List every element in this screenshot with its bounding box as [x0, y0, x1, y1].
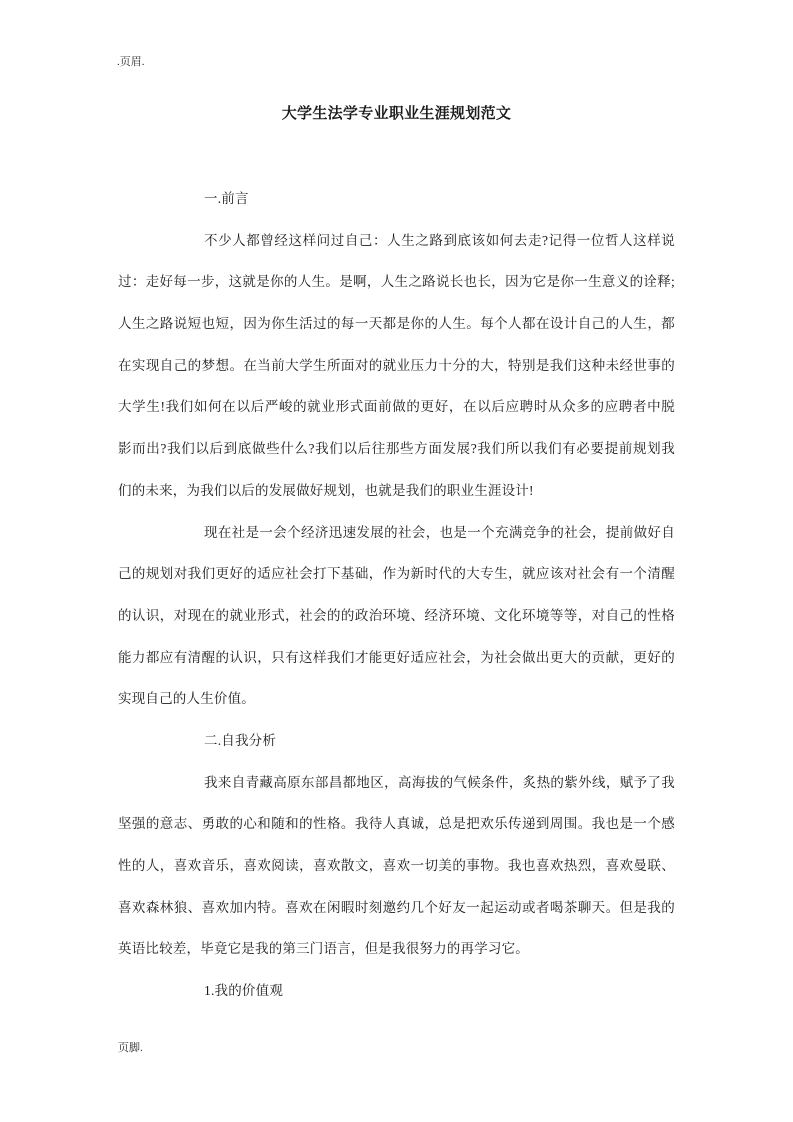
text-line: 在实现自己的梦想。在当前大学生所面对的就业压力十分的大，特别是我们这种未经世事的 [118, 345, 675, 387]
text-line: 性的人，喜欢音乐，喜欢阅读，喜欢散文，喜欢一切美的事物。我也喜欢热烈，喜欢曼联、 [118, 845, 675, 887]
page-footer-label: 页脚. [118, 1040, 143, 1056]
text-line: 们的未来，为我们以后的发展做好规划，也就是我们的职业生涯设计! [118, 470, 675, 512]
text-line: 己的规划对我们更好的适应社会打下基础，作为新时代的大专生，就应该对社会有一个清醒 [118, 553, 675, 595]
document-body: 一.前言 不少人都曾经这样问过自己：人生之路到底该如何去走?记得一位哲人这样说 … [118, 178, 675, 1012]
page-header-label: .页眉. [117, 54, 145, 70]
text-line: 过：走好每一步，这就是你的人生。是啊，人生之路说长也长，因为它是你一生意义的诠释… [118, 261, 675, 303]
text-line: 大学生!我们如何在以后严峻的就业形式面前做的更好，在以后应聘时从众多的应聘者中脱 [118, 386, 675, 428]
text-line: 英语比较差，毕竟它是我的第三门语言，但是我很努力的再学习它。 [118, 928, 675, 970]
subsection-heading-values: 1.我的价值观 [118, 970, 675, 1012]
text-line: 坚强的意志、勇敢的心和随和的性格。我待人真诚，总是把欢乐传递到周围。我也是一个感 [118, 803, 675, 845]
section-heading-foreword: 一.前言 [118, 178, 675, 220]
text-line: 人生之路说短也短，因为你生活过的每一天都是你的人生。每个人都在设计自己的人生，都 [118, 303, 675, 345]
text-line: 实现自己的人生价值。 [118, 678, 675, 720]
text-line: 不少人都曾经这样问过自己：人生之路到底该如何去走?记得一位哲人这样说 [118, 220, 675, 262]
section-heading-self-analysis: 二.自我分析 [118, 720, 675, 762]
document-page: .页眉. 大学生法学专业职业生涯规划范文 一.前言 不少人都曾经这样问过自己：人… [0, 0, 793, 1122]
text-line: 影而出?我们以后到底做些什么?我们以后往那些方面发展?我们所以我们有必要提前规划… [118, 428, 675, 470]
text-line: 现在社是一会个经济迅速发展的社会，也是一个充满竞争的社会，提前做好自 [118, 512, 675, 554]
text-line: 的认识，对现在的就业形式，社会的的政治环境、经济环境、文化环境等等，对自己的性格 [118, 595, 675, 637]
text-line: 能力都应有清醒的认识，只有这样我们才能更好适应社会，为社会做出更大的贡献，更好的 [118, 637, 675, 679]
text-line: 我来自青藏高原东部昌都地区，高海拔的气候条件，炙热的紫外线，赋予了我 [118, 762, 675, 804]
document-title: 大学生法学专业职业生涯规划范文 [118, 93, 675, 135]
text-line: 喜欢森林狼、喜欢加内特。喜欢在闲暇时刻邀约几个好友一起运动或者喝茶聊天。但是我的 [118, 887, 675, 929]
